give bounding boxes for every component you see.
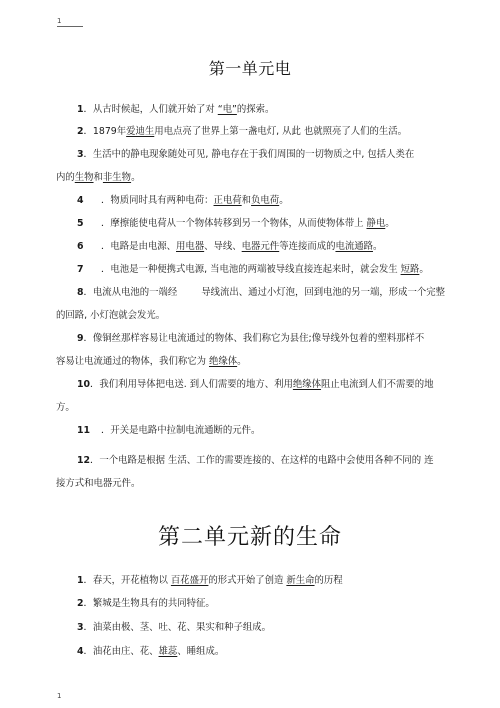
- underlined-term: 静电: [366, 218, 385, 229]
- unit1-item-6: 6．电路是由电源、用电器、导线、电器元件等连接而成的电流通路。: [77, 241, 382, 253]
- unit1-item-12: 12．一个电路是根据 生活、工作的需要连接的、在这样的电路中会使用各种不同的 连: [77, 455, 434, 467]
- unit1-item-2: 2．1879年爱迪生用电点亮了世界上第一盏电灯, 从此 也就照亮了人们的生活。: [77, 126, 407, 138]
- item-text: ．油菜由极、茎、吐、花、果实和种子组成。: [84, 622, 272, 633]
- item-text: 、导线、: [204, 241, 242, 252]
- page-marker: 1: [57, 18, 83, 27]
- underlined-term: 绝缘体: [209, 356, 237, 367]
- underlined-term: 非生物: [103, 172, 131, 183]
- item-number: 5: [77, 218, 101, 230]
- item-text: 。: [131, 172, 140, 183]
- item-text: ．物质同时具有两种电荷：: [101, 195, 214, 206]
- unit1-item-7: 7．电池是一种便携式电源, 当电池的两端被导线直接连起来时，就会发生 短路。: [77, 264, 429, 276]
- underlined-term: 正电荷: [214, 195, 242, 206]
- item-text: ．油花由庄、花、: [84, 646, 159, 657]
- item-text: 、睡组成。: [177, 646, 224, 657]
- item-text: 的探索。: [237, 104, 275, 115]
- unit2-title: 第二单元新的生命: [0, 520, 500, 551]
- unit2-item-3: 3．油菜由极、茎、吐、花、果实和种子组成。: [77, 622, 271, 634]
- underlined-term: 负电荷: [251, 195, 279, 206]
- item-text: 容易让电流通过的物体，我们称它为: [56, 356, 209, 367]
- item-text: ．电流从电池的一端经: [84, 287, 178, 298]
- unit2-item-4: 4．油花由庄、花、雄蕊、睡组成。: [77, 646, 224, 658]
- underlined-term: 电器元件: [242, 241, 280, 252]
- item-text: ．电池是一种便携式电源, 当电池的两端被导线直接连起来时，就会发生: [101, 264, 401, 275]
- underlined-term: 爱迪生: [126, 126, 154, 137]
- item-text: 导线流出、通过小灯泡，回到电池的另一端，形成一个完整: [201, 287, 445, 298]
- underlined-term: 新生命: [286, 575, 314, 586]
- item-text: ．一个电路是根据 生活、工作的需要连接的、在这样的电路中会使用各种不同的 连: [90, 455, 433, 466]
- item-text: ．从古时候起，人们就开始了对: [84, 104, 218, 115]
- item-number: 12: [77, 455, 90, 467]
- item-text: 和: [242, 195, 251, 206]
- underlined-term: 生物: [75, 172, 94, 183]
- unit1-item-8-cont: 的回路, 小灯泡就会发光。: [56, 310, 165, 322]
- unit1-item-9: 9．像铜丝那样容易让电流通过的物体、我们称它为县住;像导线外包着的塑料那样不: [77, 333, 424, 345]
- item-text: 的回路, 小灯泡就会发光。: [56, 310, 165, 321]
- item-text: ．开关是电路中拉制电流通断的元件。: [101, 425, 260, 436]
- item-number: 10: [77, 379, 90, 391]
- underlined-term: 短路: [401, 264, 420, 275]
- item-number: 4: [77, 195, 101, 207]
- item-number: 6: [77, 241, 101, 253]
- underlined-term: 绝缘体: [293, 379, 321, 390]
- item-text: 。: [385, 218, 394, 229]
- unit1-item-9-cont: 容易让电流通过的物体，我们称它为 绝缘体。: [56, 356, 247, 368]
- underlined-term: 用电器: [176, 241, 204, 252]
- item-text: 的形式开始了创造: [208, 575, 286, 586]
- item-text: ．1879年: [84, 126, 127, 137]
- item-text: ．我们利用导体把电送. 到人们需要的地方、利用: [90, 379, 293, 390]
- item-text: 。: [237, 356, 246, 367]
- unit1-item-10: 10．我们利用导体把电送. 到人们需要的地方、利用绝缘体阻止电流到人们不需要的地: [77, 379, 434, 391]
- unit1-item-11: 11．开关是电路中拉制电流通断的元件。: [77, 425, 260, 437]
- item-text: 的历程: [315, 575, 343, 586]
- item-number: 7: [77, 264, 101, 276]
- item-text: 。: [419, 264, 428, 275]
- item-text: 接方式和电器元件。: [56, 478, 140, 489]
- item-text: ．繁城是生物具有的共同特征。: [84, 598, 215, 609]
- underlined-term: “电”: [218, 104, 237, 115]
- item-text: ．电路是由电源、: [101, 241, 176, 252]
- unit1-title: 第一单元电: [0, 56, 500, 79]
- unit1-item-10-cont: 方。: [56, 402, 75, 414]
- item-text: ．春天，开花植物以: [84, 575, 171, 586]
- item-text: 阻止电流到人们不需要的地: [321, 379, 434, 390]
- unit1-item-12-cont: 接方式和电器元件。: [56, 478, 140, 490]
- item-text: ．生活中的静电现象随处可见, 静电存在于我们周围的一切物质之中, 包括人类在: [84, 149, 415, 160]
- footer-page-number: 1: [57, 692, 61, 700]
- item-text: 。: [279, 195, 288, 206]
- unit1-item-8: 8．电流从电池的一端经导线流出、通过小灯泡，回到电池的另一端，形成一个完整: [77, 287, 445, 299]
- underlined-term: 雄蕊: [159, 646, 178, 657]
- unit1-item-4: 4．物质同时具有两种电荷：正电荷和负电荷。: [77, 195, 289, 207]
- underlined-term: 电流通路: [335, 241, 373, 252]
- underlined-term: 百花盛开: [171, 575, 209, 586]
- unit1-item-3-cont: 内的生物和非生物。: [56, 172, 140, 184]
- unit1-item-5: 5．摩擦能使电荷从一个物体转移到另一个物体，从而使物体带上 静电。: [77, 218, 395, 230]
- item-text: ．像铜丝那样容易让电流通过的物体、我们称它为县住;像导线外包着的塑料那样不: [84, 333, 425, 344]
- unit1-item-1: 1．从古时候起，人们就开始了对 “电”的探索。: [77, 104, 274, 116]
- item-text: 用电点亮了世界上第一盏电灯, 从此 也就照亮了人们的生活。: [154, 126, 407, 137]
- item-text: 内的: [56, 172, 75, 183]
- item-text: 等连接而成的: [279, 241, 335, 252]
- item-text: 。: [373, 241, 382, 252]
- item-number: 11: [77, 425, 101, 437]
- unit2-item-2: 2．繁城是生物具有的共同特征。: [77, 598, 215, 610]
- unit1-item-3: 3．生活中的静电现象随处可见, 静电存在于我们周围的一切物质之中, 包括人类在: [77, 149, 414, 161]
- page-marker-number: 1: [57, 17, 61, 25]
- item-text: 方。: [56, 402, 75, 413]
- item-text: ．摩擦能使电荷从一个物体转移到另一个物体，从而使物体带上: [101, 218, 366, 229]
- unit2-item-1: 1．春天，开花植物以 百花盛开的形式开始了创造 新生命的历程: [77, 575, 343, 587]
- item-text: 和: [94, 172, 103, 183]
